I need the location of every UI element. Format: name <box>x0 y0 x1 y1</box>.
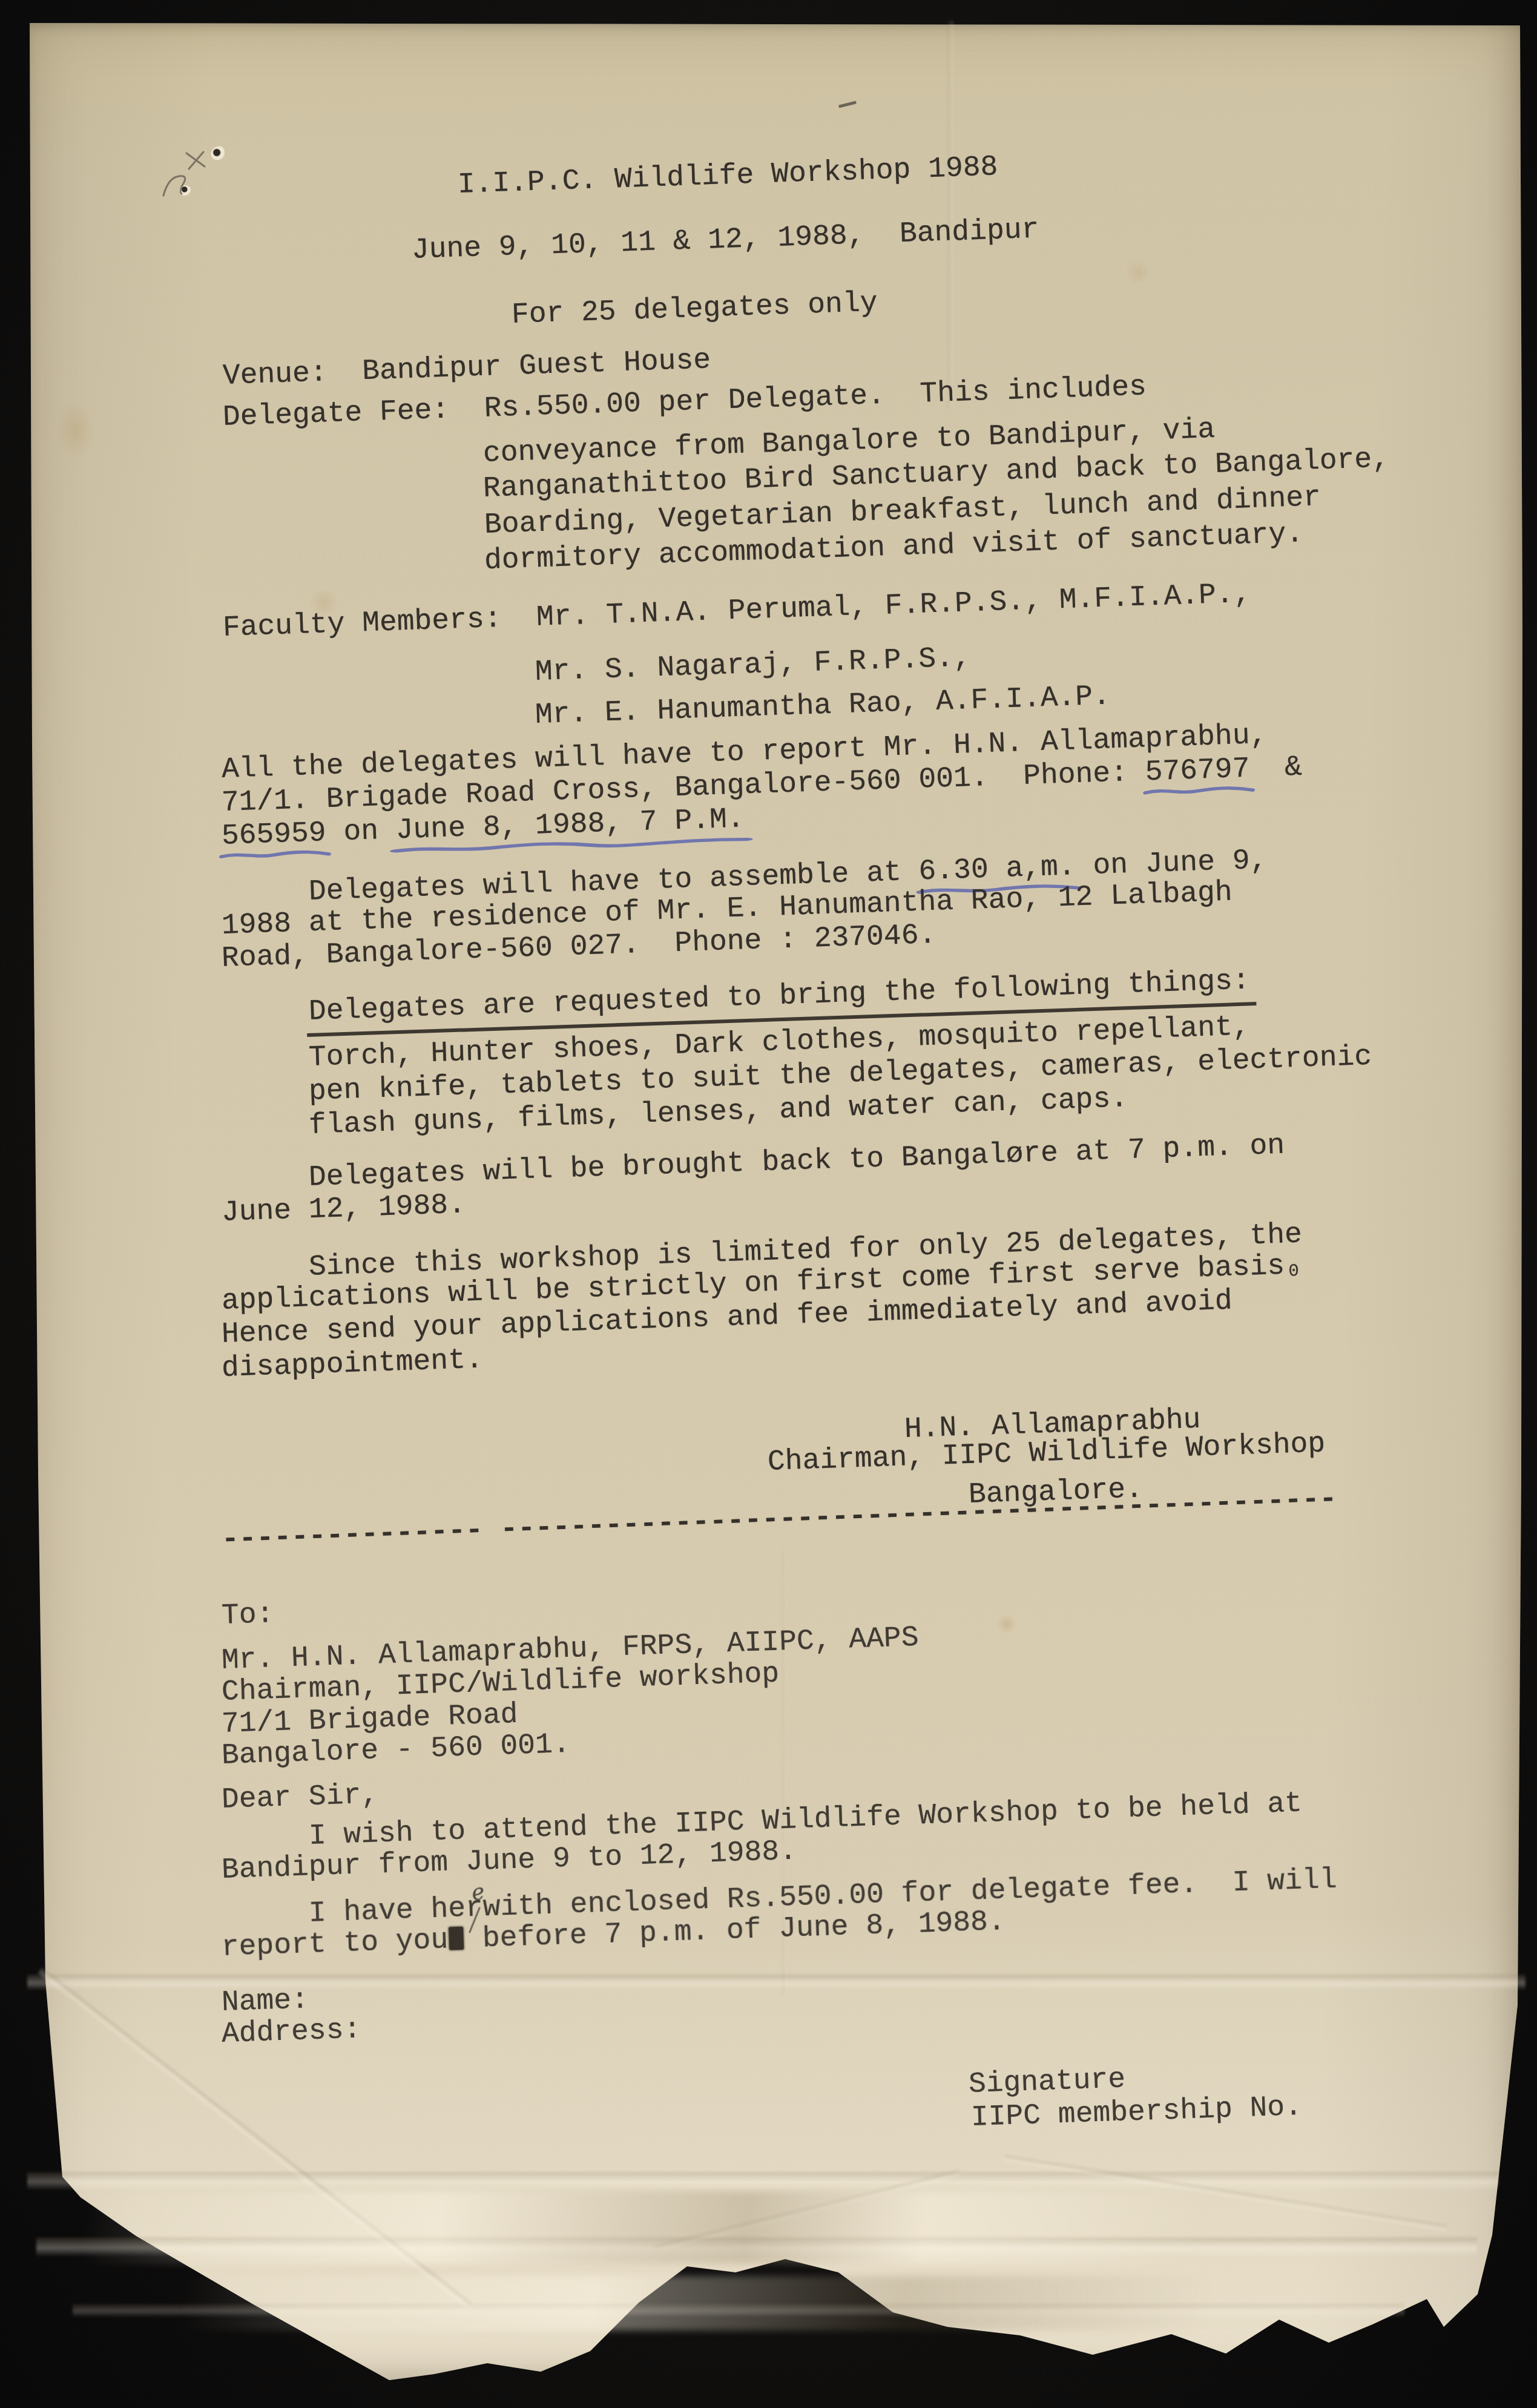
to-label: To: <box>221 1600 274 1631</box>
pen-underlined-phone: 565959 <box>221 818 326 851</box>
assemble-text: on June 9, <box>1075 844 1268 883</box>
report-text: on <box>326 814 397 849</box>
signature-label: Signature <box>968 2065 1126 2099</box>
phone-number: 565959 <box>221 817 327 853</box>
pencil-squiggle <box>151 136 248 215</box>
report-text: & <box>1249 751 1303 786</box>
scanned-document: I.I.P.C. Wildlife Workshop 1988 June 9, … <box>0 0 1537 2408</box>
name-field-label: Name: <box>221 1985 309 2018</box>
return-paragraph-line: June 12, 1988. <box>221 1191 466 1228</box>
address-field-label: Address: <box>221 2015 361 2049</box>
pen-underlined-phone: 576797 <box>1145 755 1250 788</box>
reply-text: I have her <box>308 1892 484 1930</box>
pen-underlined-time: 6.30 a,m. <box>918 852 1076 887</box>
salutation: Dear Sir, <box>221 1780 379 1815</box>
limit-paragraph-line: disappointment. <box>221 1346 483 1383</box>
phone-number: 576797 <box>1145 753 1251 789</box>
overstruck-character <box>449 1927 464 1950</box>
